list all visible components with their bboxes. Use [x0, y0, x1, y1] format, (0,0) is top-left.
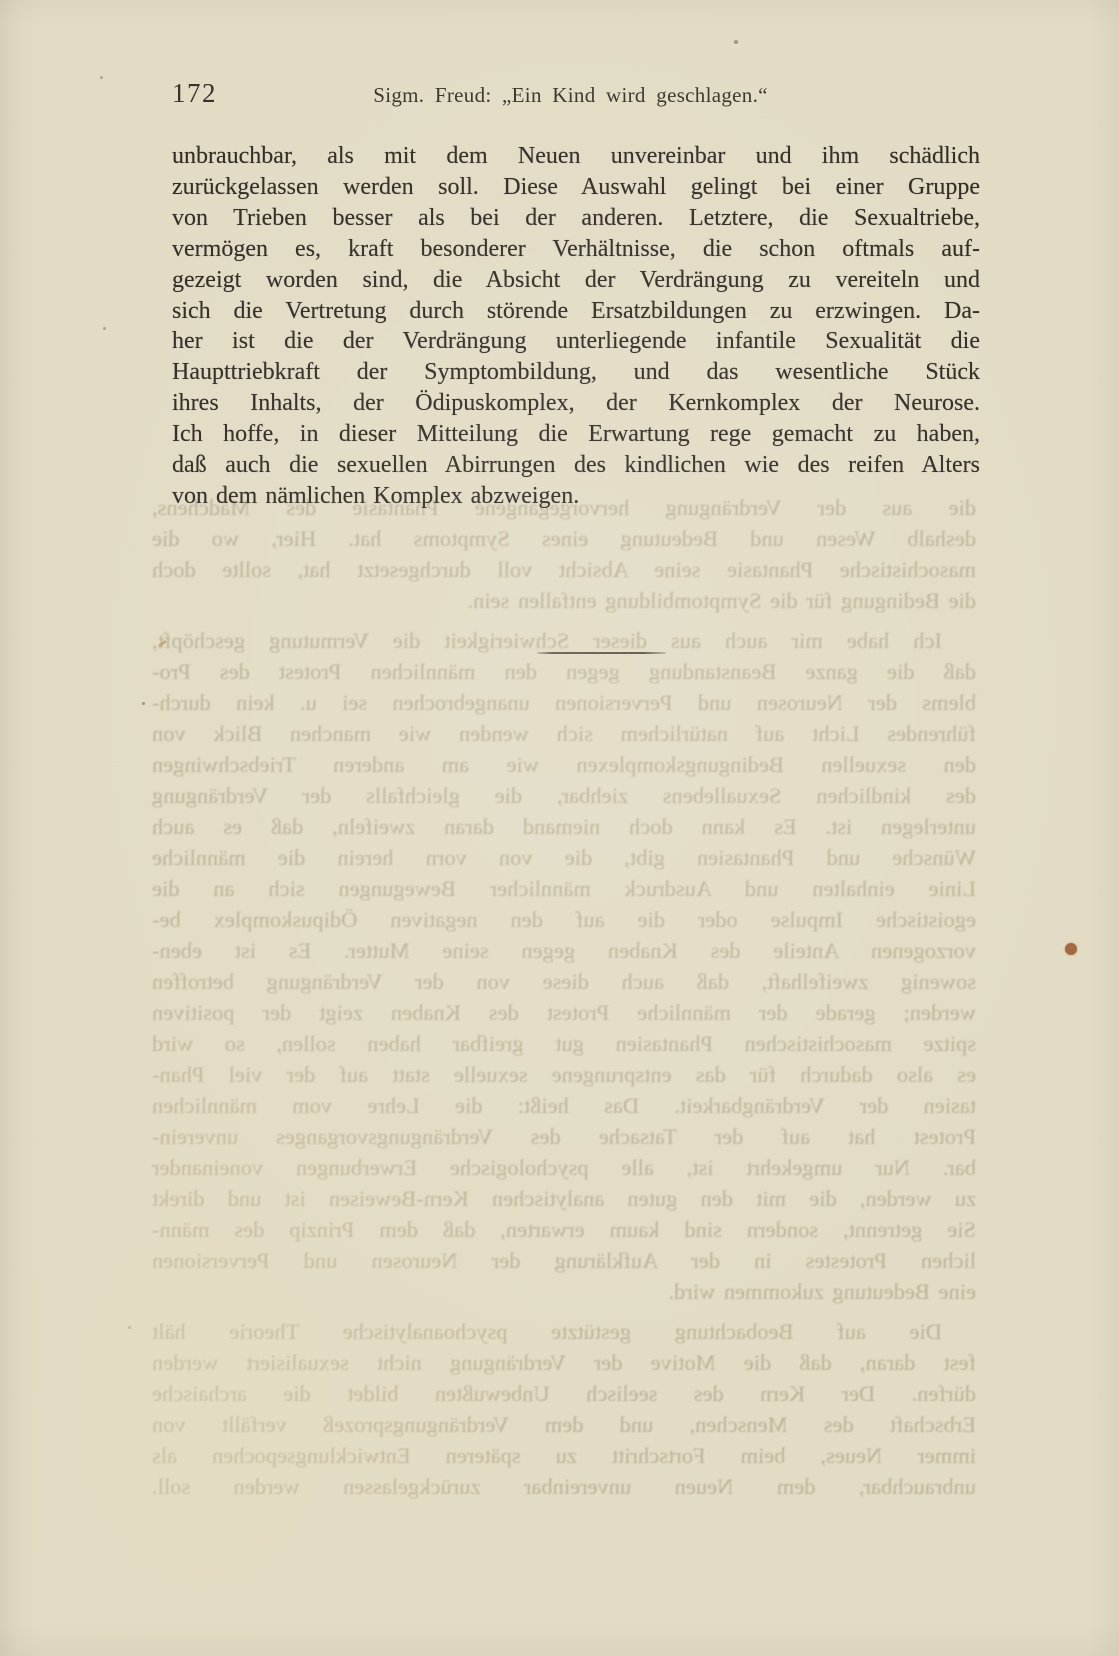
scanned-page: { "document": { "page_number": "172", "r…	[0, 0, 1119, 1656]
running-header: Sigm. Freud: „Ein Kind wird geschlagen.“	[150, 83, 991, 108]
text-line: unbrauchbar, als mit dem Neuen unvereinb…	[172, 141, 980, 172]
bleedthrough-line: Erbschaft des Menschen, und dem Verdräng…	[152, 1409, 976, 1440]
text-line: von dem nämlichen Komplex abzweigen.	[172, 481, 980, 512]
bleedthrough-line: daß die ganze Beanstandung gegen den män…	[152, 656, 976, 687]
text-line: zurückgelassen werden soll. Diese Auswah…	[172, 172, 980, 203]
bleedthrough-line: tasien der Verdrängbarkeit. Das heißt: d…	[152, 1090, 976, 1121]
bleedthrough-line: blems der Neurosen und Perversionen unan…	[152, 687, 976, 718]
bleedthrough-line: zu werden, die mit den guten analytische…	[152, 1183, 976, 1214]
bleedthrough-line: eine Bedeutung zukommen wird.	[152, 1276, 976, 1307]
bleedthrough-line: es also dadurch für das entsprungene sex…	[152, 1059, 976, 1090]
text-line: sich die Vertretung durch störende Ersat…	[172, 296, 980, 327]
text-line: Ich hoffe, in dieser Mitteilung die Erwa…	[172, 419, 980, 450]
bleedthrough-line: des kindlichen Sexuallebens ziehbar, die…	[152, 780, 976, 811]
bleedthrough-line: sowenig zweifelhaft, daß auch diese von …	[152, 966, 976, 997]
dust-speck	[100, 76, 103, 79]
bleedthrough-text: die aus der Verdrängung hervorgegangene …	[152, 492, 976, 1502]
text-line: Haupttriebkraft der Symptombildung, und …	[172, 357, 980, 388]
dust-speck	[128, 1326, 131, 1329]
section-separator-rule	[537, 652, 666, 654]
ink-stain	[1065, 943, 1077, 955]
bleedthrough-line: unterlegen ist. Es kann doch niemand dar…	[152, 811, 976, 842]
bleedthrough-line: immer Neues, beim Fortschritt zu spätere…	[152, 1440, 976, 1471]
bleedthrough-line: deshalb Wesen und Bedeutung eines Sympto…	[152, 523, 976, 554]
bleedthrough-line: spitze masochistischen Phantasien gut gr…	[152, 1028, 976, 1059]
bleedthrough-line: fest daran, daß die Motive der Verdrängu…	[152, 1347, 976, 1378]
bleedthrough-line: dürfen. Der Kern des seelisch Unbewußten…	[152, 1378, 976, 1409]
text-line: von Trieben besser als bei der anderen. …	[172, 203, 980, 234]
bleedthrough-line: Sie getrennt, sondern sind kaum erwarten…	[152, 1214, 976, 1245]
bleedthrough-line: unbrauchbar, dem Neuen unvereinbar zurüc…	[152, 1471, 976, 1502]
text-line: vermögen es, kraft besonderer Verhältnis…	[172, 234, 980, 265]
bleedthrough-line: den sexuellen Bedingungskomplexen wie am…	[152, 749, 976, 780]
bleedthrough-line: Protest hat auf der Tatsache des Verdrän…	[152, 1121, 976, 1152]
body-paragraph: unbrauchbar, als mit dem Neuen unvereinb…	[172, 141, 980, 512]
text-line: daß auch die sexuellen Abirrungen des ki…	[172, 450, 980, 481]
bleedthrough-line: lichen Protestes in der Aufklärung der N…	[152, 1245, 976, 1276]
text-line: her ist die der Verdrängung unterliegend…	[172, 326, 980, 357]
bleedthrough-line: Wünsche und Phantasien gibt, die von vor…	[152, 842, 976, 873]
text-line: ihres Inhalts, der Ödipuskomplex, der Ke…	[172, 388, 980, 419]
bleedthrough-line: masochistische Phantasie seine Absicht v…	[152, 554, 976, 585]
bleedthrough-line: Die auf Beobachtung gestützte psychoanal…	[152, 1316, 976, 1347]
bleedthrough-line: werden; gerade der männliche Protest des…	[152, 997, 976, 1028]
text-line: gezeigt worden sind, die Absicht der Ver…	[172, 265, 980, 296]
bleedthrough-line: die Bedingung für die Symptombildung ent…	[152, 585, 976, 616]
dust-speck	[103, 327, 106, 330]
bleedthrough-line: führendes Licht auf natürlichem sich wen…	[152, 718, 976, 749]
bleedthrough-line: Linie einhalten und Ausdruck männlicher …	[152, 873, 976, 904]
bleedthrough-line: egoistische Impulse oder die auf den neg…	[152, 904, 976, 935]
bleedthrough-line: bar. Nur umgekehrt ist, alle psychologis…	[152, 1152, 976, 1183]
bleedthrough-line: vorzogenen Anteile des Knaben gegen sein…	[152, 935, 976, 966]
dust-speck	[142, 702, 145, 705]
dust-speck	[734, 40, 738, 44]
